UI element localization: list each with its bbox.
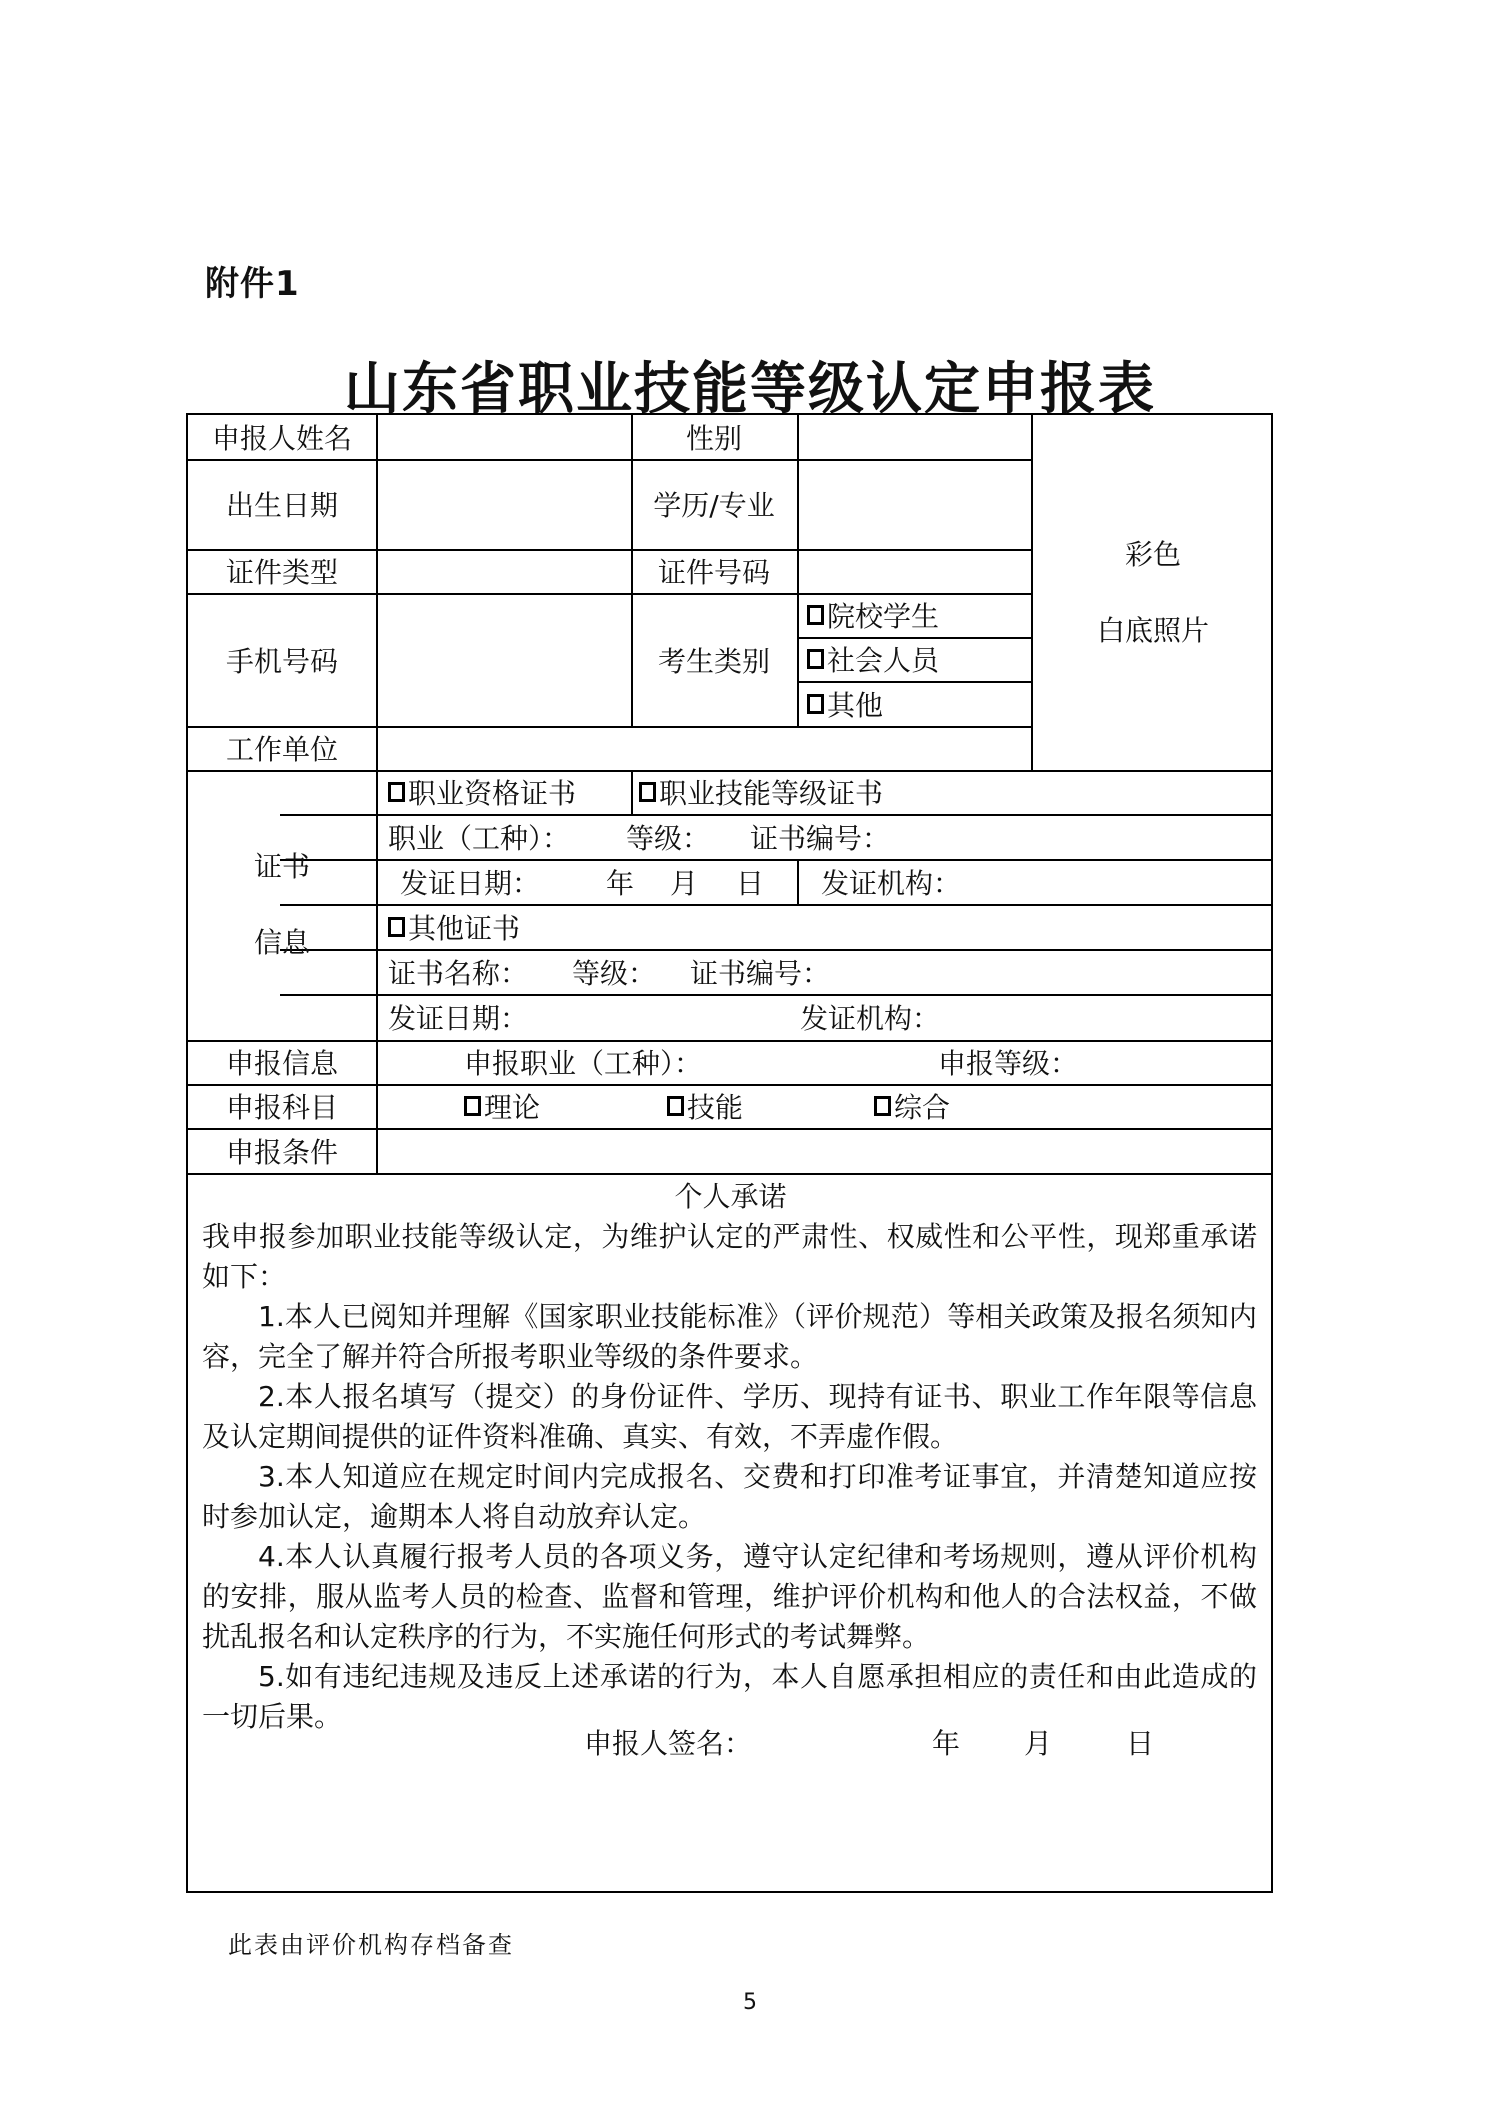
other-cert-level-label: 等级：	[572, 952, 656, 992]
other-cert-option[interactable]: 其他证书	[388, 904, 1268, 949]
archive-note: 此表由评价机构存档备查	[228, 1925, 514, 1960]
candidate-type-other-option[interactable]: 其他	[807, 681, 1031, 726]
checkbox-icon[interactable]	[667, 1096, 684, 1116]
apply-subject-label: 申报科目	[188, 1084, 376, 1128]
pledge-item: 3.本人知道应在规定时间内完成报名、交费和打印准考证事宜，并清楚知道应按时参加认…	[202, 1457, 1257, 1537]
employer-label: 工作单位	[188, 726, 376, 770]
apply-info-row[interactable]: 申报职业（工种）： 申报等级：	[464, 1040, 1264, 1084]
subject-comprehensive-option[interactable]: 综合	[874, 1084, 1024, 1128]
pledge-intro: 我申报参加职业技能等级认定，为维护认定的严肃性、权威性和公平性，现郑重承诺如下：	[202, 1217, 1257, 1297]
other-cert-issue-date-label: 发证日期：	[388, 997, 528, 1037]
pledge-item: 2.本人报名填写（提交）的身份证件、学历、现持有证书、职业工作年限等信息及认定期…	[202, 1377, 1257, 1457]
apply-occupation-label: 申报职业（工种）：	[464, 1042, 702, 1082]
phone-label: 手机号码	[188, 593, 376, 726]
apply-condition-field[interactable]	[378, 1128, 1273, 1173]
phone-field[interactable]	[378, 593, 631, 726]
id-number-field[interactable]	[799, 549, 1031, 593]
cert-type-qualification-option[interactable]: 职业资格证书	[388, 770, 631, 814]
checkbox-icon[interactable]	[807, 605, 824, 625]
apply-condition-label: 申报条件	[188, 1128, 376, 1173]
education-field[interactable]	[799, 459, 1031, 549]
photo-placeholder: 彩色 白底照片	[1033, 415, 1273, 770]
id-number-label: 证件号码	[631, 549, 797, 593]
subject-skill-option[interactable]: 技能	[667, 1084, 817, 1128]
apply-info-label: 申报信息	[188, 1040, 376, 1084]
employer-field[interactable]	[378, 726, 1031, 770]
gender-label: 性别	[631, 415, 797, 459]
birth-date-label: 出生日期	[188, 459, 376, 549]
cert-issuer-label: 发证机构：	[821, 862, 961, 902]
subject-theory-option[interactable]: 理论	[464, 1084, 614, 1128]
checkbox-icon[interactable]	[639, 782, 656, 802]
education-label: 学历/专业	[631, 459, 797, 549]
checkbox-icon[interactable]	[388, 782, 405, 802]
id-type-field[interactable]	[378, 549, 631, 593]
candidate-type-student-option[interactable]: 院校学生	[807, 593, 1031, 637]
gender-field[interactable]	[799, 415, 1031, 459]
cert-type-skill-level-option[interactable]: 职业技能等级证书	[639, 770, 1039, 814]
cert-issue-date-label: 发证日期：	[400, 862, 540, 902]
page-number: 5	[0, 1990, 1500, 2015]
pledge-title: 个人承诺	[188, 1175, 1273, 1215]
cert-number-label: 证书编号：	[750, 817, 890, 857]
other-cert-issuer-label: 发证机构：	[800, 997, 940, 1037]
other-cert-issue-row[interactable]: 发证日期： 发证机构：	[388, 994, 1268, 1040]
checkbox-icon[interactable]	[807, 694, 824, 714]
cert-level-label: 等级：	[626, 817, 710, 857]
id-type-label: 证件类型	[188, 549, 376, 593]
col-divider	[797, 859, 799, 904]
signature-label: 申报人签名：	[584, 1722, 752, 1762]
cert-occupation-label: 职业（工种）：	[388, 817, 570, 857]
name-field[interactable]	[378, 415, 631, 459]
apply-level-label: 申报等级：	[938, 1042, 1078, 1082]
checkbox-icon[interactable]	[464, 1096, 481, 1116]
other-cert-number-label: 证书编号：	[690, 952, 830, 992]
attachment-label: 附件1	[205, 256, 300, 305]
candidate-type-label: 考生类别	[631, 593, 797, 726]
checkbox-icon[interactable]	[807, 649, 824, 669]
signature-row[interactable]: 申报人签名： 年 月 日	[584, 1720, 1224, 1764]
other-cert-details-row[interactable]: 证书名称： 等级： 证书编号：	[388, 949, 1268, 994]
pledge-text: 我申报参加职业技能等级认定，为维护认定的严肃性、权威性和公平性，现郑重承诺如下：…	[202, 1217, 1257, 1737]
cert-issue-date-row[interactable]: 发证日期： 年 月 日	[400, 859, 797, 904]
other-cert-name-label: 证书名称：	[388, 952, 528, 992]
name-label: 申报人姓名	[188, 415, 376, 459]
cert-details-row[interactable]: 职业（工种）： 等级： 证书编号：	[388, 814, 1268, 859]
birth-date-field[interactable]	[378, 459, 631, 549]
col-divider	[631, 770, 633, 814]
cert-info-label: 证书 信息	[188, 770, 376, 1040]
checkbox-icon[interactable]	[388, 917, 405, 937]
pledge-item: 4.本人认真履行报考人员的各项义务，遵守认定纪律和考场规则，遵从评价机构的安排，…	[202, 1537, 1257, 1657]
application-form-table: 申报人姓名 性别 出生日期 学历/专业 证件类型 证件号码 手机号码 考生类别 …	[186, 413, 1273, 1893]
candidate-type-public-option[interactable]: 社会人员	[807, 637, 1031, 681]
pledge-item: 1.本人已阅知并理解《国家职业技能标准》（评价规范）等相关政策及报名须知内容，完…	[202, 1297, 1257, 1377]
cert-issuer-field[interactable]: 发证机构：	[821, 859, 1261, 904]
checkbox-icon[interactable]	[874, 1096, 891, 1116]
